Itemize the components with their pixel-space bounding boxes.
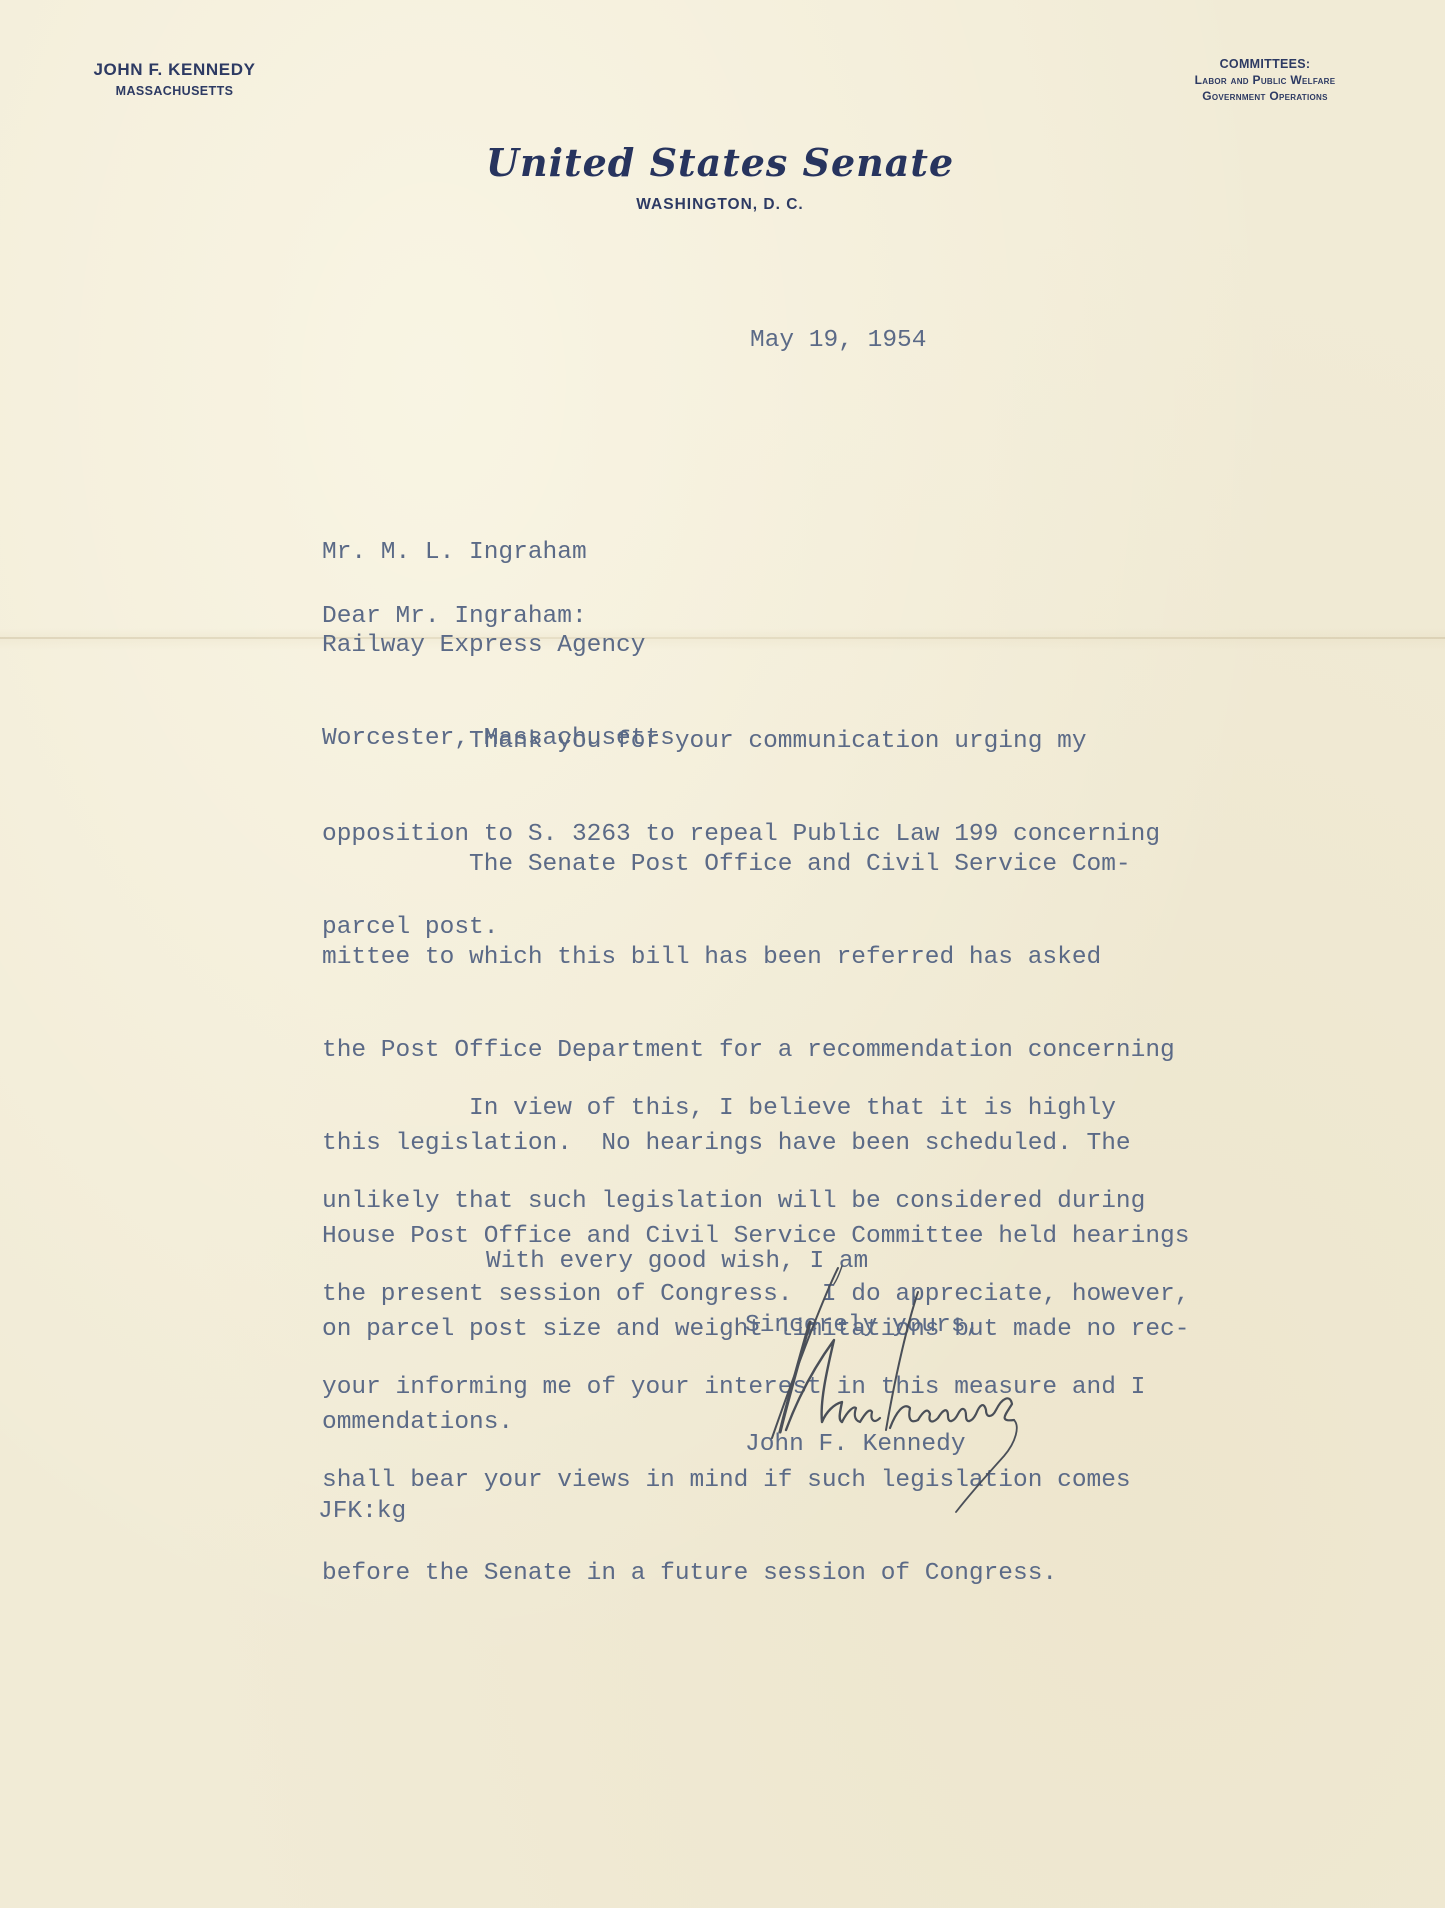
- letter-date: May 19, 1954: [750, 325, 926, 356]
- senator-state: MASSACHUSETTS: [62, 82, 287, 100]
- handwritten-signature: [730, 1262, 1030, 1522]
- senator-name: JOHN F. KENNEDY: [62, 60, 287, 80]
- letterhead-institution-block: United States Senate WASHINGTON, D. C.: [420, 140, 1020, 214]
- paragraph-line: before the Senate in a future session of…: [322, 1558, 1189, 1589]
- paragraph-line: The Senate Post Office and Civil Service…: [322, 849, 1189, 880]
- letterhead-committees-block: COMMITTEES: Labor and Public Welfare Gov…: [1150, 56, 1380, 104]
- paragraph-line: mittee to which this bill has been refer…: [322, 942, 1189, 973]
- paper-fold-shade: [0, 628, 1445, 650]
- institution-name: United States Senate: [420, 140, 1020, 186]
- salutation: Dear Mr. Ingraham:: [322, 601, 587, 632]
- recipient-name: Mr. M. L. Ingraham: [322, 537, 675, 568]
- institution-city: WASHINGTON, D. C.: [420, 196, 1020, 214]
- committee-labor-public-welfare: Labor and Public Welfare: [1150, 72, 1380, 88]
- reference-initials: JFK:kg: [318, 1496, 406, 1527]
- paragraph-line: unlikely that such legislation will be c…: [322, 1186, 1189, 1217]
- paragraph-line: Thank you for your communication urging …: [322, 726, 1160, 757]
- paragraph-line: In view of this, I believe that it is hi…: [322, 1093, 1189, 1124]
- committee-government-operations: Government Operations: [1150, 88, 1380, 104]
- committees-title: COMMITTEES:: [1150, 56, 1380, 72]
- recipient-organization: Railway Express Agency: [322, 630, 675, 661]
- typed-signatory-name: John F. Kennedy: [745, 1429, 966, 1460]
- paper-fold-line: [0, 637, 1445, 639]
- letterhead-senator-block: JOHN F. KENNEDY MASSACHUSETTS: [62, 60, 287, 100]
